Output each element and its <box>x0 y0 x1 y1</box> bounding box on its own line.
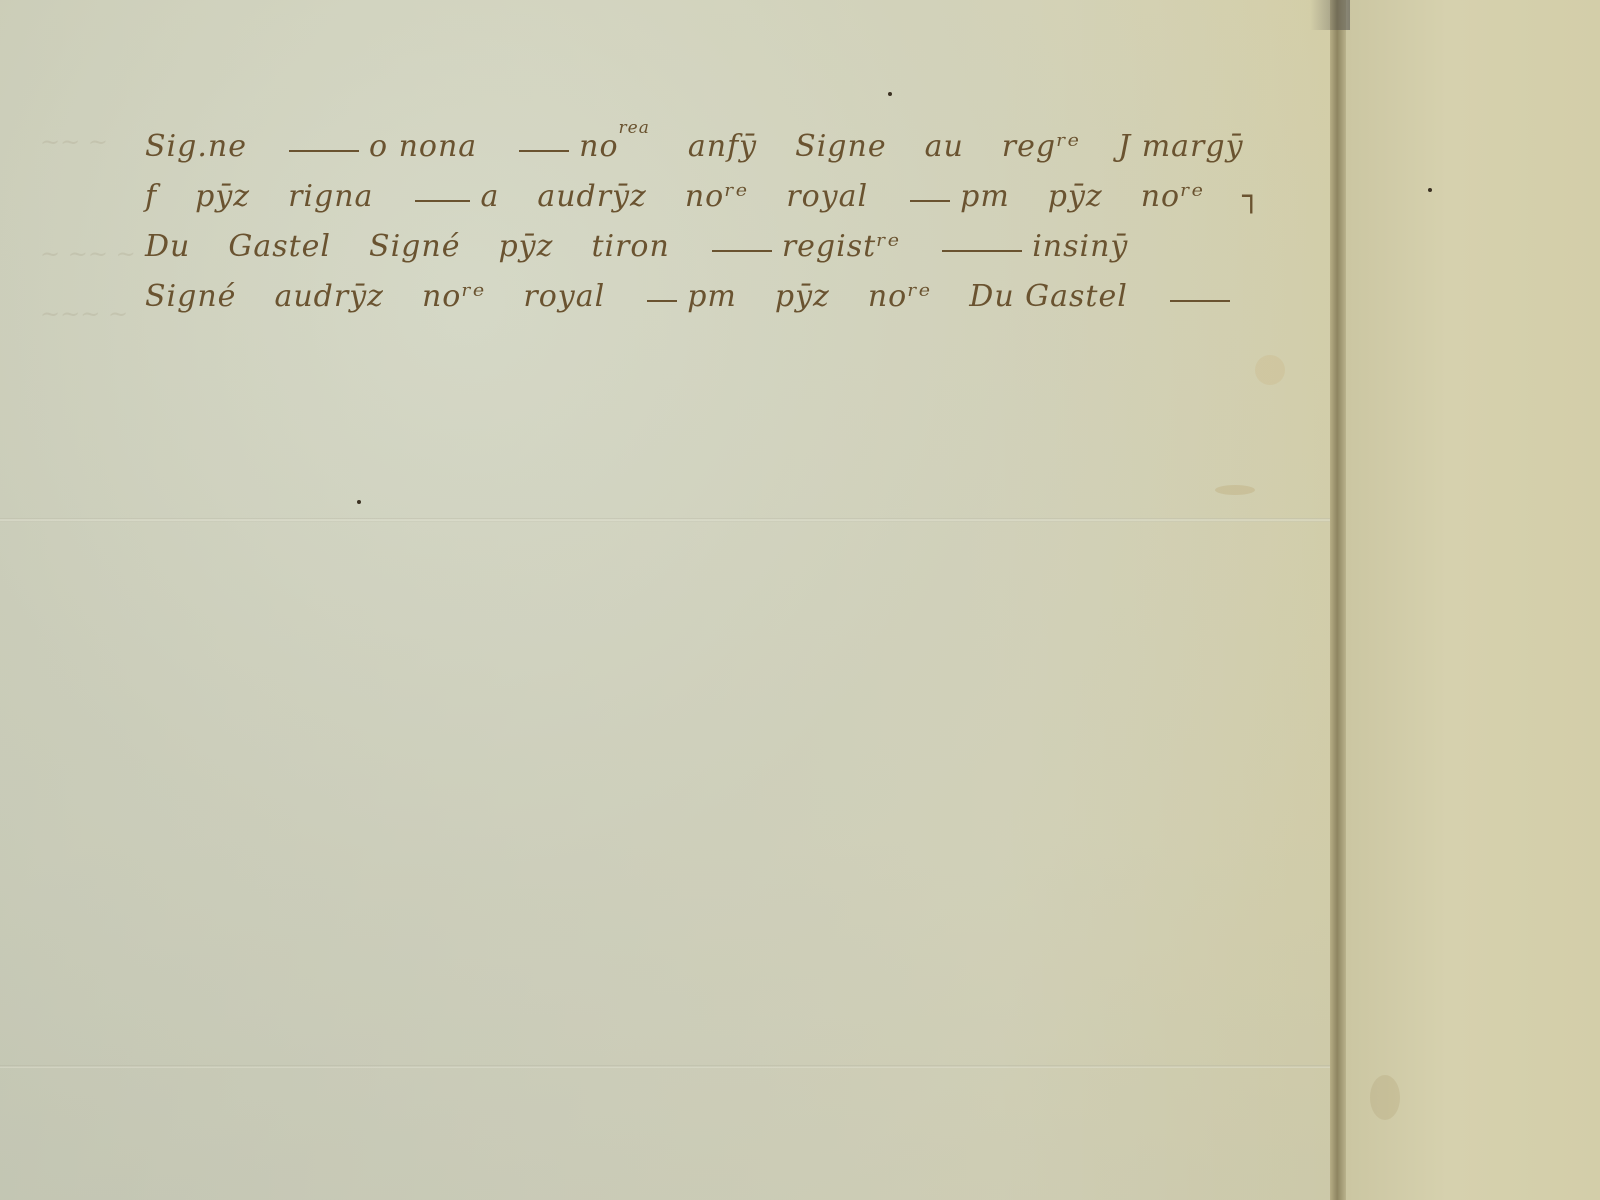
manuscript-line-4: Signé audrȳz noʳᵉ royal pт pȳz noʳᵉ Du G… <box>145 264 1315 314</box>
ms-word: Du Gastel <box>969 279 1128 314</box>
ms-word: o nona <box>369 129 477 164</box>
ms-word: anfȳ <box>688 129 757 164</box>
paper-stain <box>1255 355 1285 385</box>
ms-word: tiron <box>591 229 669 264</box>
ms-word: pȳz <box>498 229 553 264</box>
ms-word: noʳᵉ <box>1141 179 1204 214</box>
ms-word: norea <box>579 129 650 164</box>
bleed-through-mark: ~~~ ~ <box>40 300 128 328</box>
page-corner-shadow <box>1310 0 1350 30</box>
ms-line-filler <box>289 150 359 152</box>
ms-line-filler <box>910 200 950 202</box>
ms-line-filler <box>415 200 470 202</box>
ms-word: noʳᵉ <box>422 279 485 314</box>
ms-word: regʳᵉ <box>1002 129 1080 164</box>
ms-word: royal <box>523 279 605 314</box>
ms-word: Sig.ne <box>145 129 247 164</box>
ms-word: J margȳ <box>1118 129 1243 164</box>
ms-word: noʳᵉ <box>685 179 748 214</box>
ms-word: Du <box>145 229 190 264</box>
manuscript-line-1: Sig.ne o nona norea anfȳ Signe au regʳᵉ … <box>145 118 1315 164</box>
ms-line-filler <box>712 250 772 252</box>
ms-word: Signé <box>145 279 236 314</box>
ms-line-filler <box>647 300 677 302</box>
ms-word: a <box>480 179 499 214</box>
ms-word: royal <box>786 179 868 214</box>
bleed-through-mark: ~ ~~ ~ <box>40 240 136 268</box>
ink-speck <box>888 92 892 96</box>
ms-word: ┐ <box>1242 179 1261 214</box>
ink-speck <box>1428 188 1432 192</box>
ms-word: insinȳ <box>1032 229 1128 264</box>
ink-speck <box>357 500 361 504</box>
ms-word: Signé <box>369 229 460 264</box>
ms-word: Signe <box>795 129 886 164</box>
manuscript-text-block: Sig.ne o nona norea anfȳ Signe au regʳᵉ … <box>145 118 1315 314</box>
ms-word: pт <box>687 279 737 314</box>
ms-word: Gastel <box>228 229 331 264</box>
ms-word: pȳz <box>775 279 830 314</box>
book-gutter <box>1330 0 1346 1200</box>
ms-word: audrȳz <box>537 179 647 214</box>
bleed-through-mark: ~~ ~ <box>40 128 108 156</box>
ms-word: registʳᵉ <box>782 229 900 264</box>
ms-word: pȳz <box>1048 179 1103 214</box>
ms-word: au <box>925 129 964 164</box>
right-page <box>1346 0 1600 1200</box>
manuscript-line-2: f pȳz rigna a audrȳz noʳᵉ royal pт pȳz n… <box>145 164 1315 214</box>
paper-stain <box>1370 1075 1400 1120</box>
ms-word: noʳᵉ <box>868 279 931 314</box>
ms-line-filler <box>1170 300 1230 302</box>
ms-word: rigna <box>288 179 373 214</box>
ms-word: audrȳz <box>274 279 384 314</box>
ms-word: pȳz <box>195 179 250 214</box>
manuscript-line-3: Du Gastel Signé pȳz tiron registʳᵉ insin… <box>145 214 1315 264</box>
paper-stain <box>1215 485 1255 495</box>
ms-word: pт <box>960 179 1010 214</box>
ms-line-filler <box>519 150 569 152</box>
ms-line-filler <box>942 250 1022 252</box>
ms-word: f <box>145 179 157 214</box>
